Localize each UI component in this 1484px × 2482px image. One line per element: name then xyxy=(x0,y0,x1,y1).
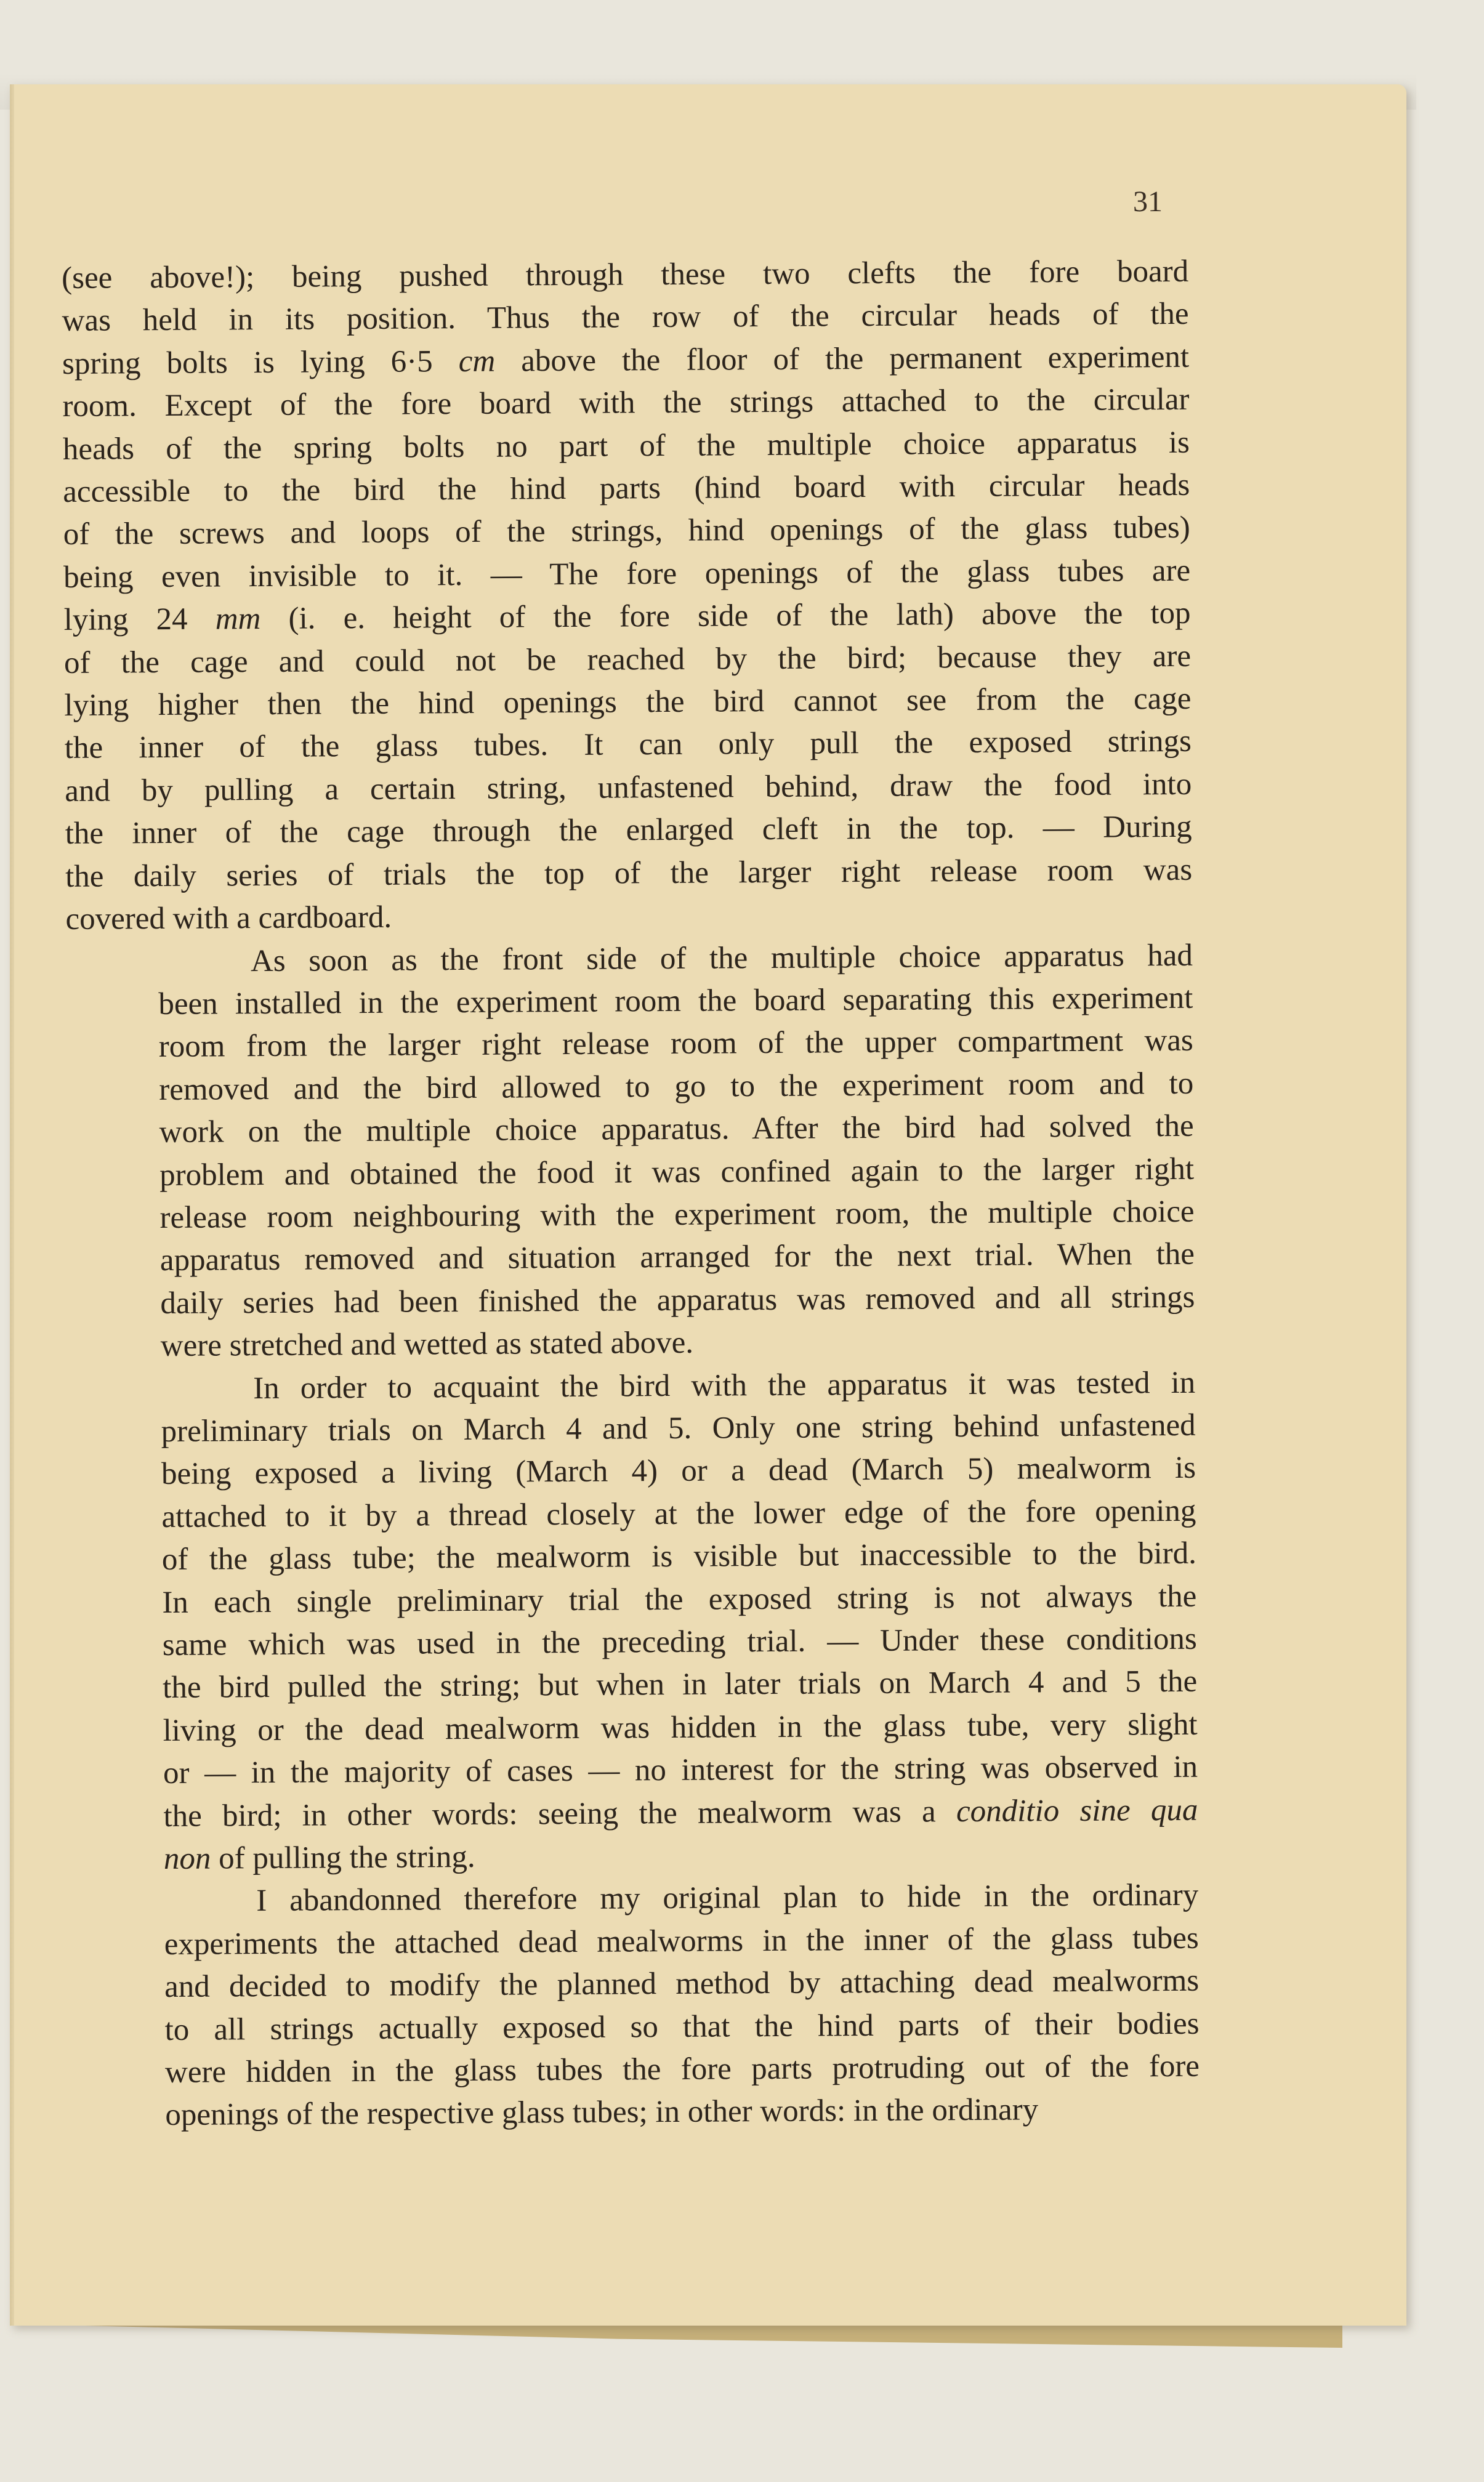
paragraph: As soon as the front side of the multipl… xyxy=(66,934,1195,1368)
paragraph: In order to acquaint the bird with the a… xyxy=(68,1361,1198,1881)
text-line: daily series had been finished the appar… xyxy=(68,1276,1195,1326)
text-line: were stretched and wetted as stated abov… xyxy=(68,1319,1195,1369)
text-line: covered with a cardboard. xyxy=(65,892,1192,941)
text-line: to all strings actually exposed so that … xyxy=(72,2002,1199,2052)
text-line: room. Except of the fore board with the … xyxy=(62,379,1189,429)
text-line: In each single preliminary trial the exp… xyxy=(70,1575,1196,1625)
text-line: work on the multiple choice apparatus. A… xyxy=(67,1105,1193,1155)
text-line: room from the larger right release room … xyxy=(67,1020,1193,1070)
text-line: In order to acquaint the bird with the a… xyxy=(68,1361,1195,1411)
text-line: of the screws and loops of the strings, … xyxy=(63,507,1190,557)
italic-term: mm xyxy=(216,602,261,636)
text-line: removed and the bird allowed to go to th… xyxy=(67,1063,1193,1113)
page-number: 31 xyxy=(1133,185,1163,219)
text-line: of the glass tube; the mealworm is visib… xyxy=(70,1533,1196,1582)
text-line: I abandonned therefore my original plan … xyxy=(71,1874,1198,1924)
text-line: being even invisible to it. — The fore o… xyxy=(63,550,1190,600)
text-line: (see above!); being pushed through these… xyxy=(62,251,1188,300)
text-line: experiments the attached dead mealworms … xyxy=(72,1917,1199,1967)
text-line: of the cage and could not be reached by … xyxy=(64,635,1191,685)
text-line: were hidden in the glass tubes the fore … xyxy=(73,2045,1200,2095)
page-spine xyxy=(10,84,14,2326)
text-line: lying higher then the hind openings the … xyxy=(64,678,1191,728)
text-line: the daily series of trials the top of th… xyxy=(65,848,1192,898)
text-line: being exposed a living (March 4) or a de… xyxy=(69,1447,1196,1497)
text-line: preliminary trials on March 4 and 5. Onl… xyxy=(68,1404,1195,1454)
text-line: non of pulling the string. xyxy=(71,1832,1198,1882)
text-line: As soon as the front side of the multipl… xyxy=(66,934,1193,984)
text-line: the bird; in other words: seeing the mea… xyxy=(71,1789,1198,1839)
text-line: been installed in the experiment room th… xyxy=(66,977,1193,1027)
italic-term: non xyxy=(164,1842,211,1876)
text-line: spring bolts is lying 6·5 cm above the f… xyxy=(62,336,1189,386)
text-line: release room neighbouring with the exper… xyxy=(67,1191,1194,1241)
italic-term: conditio sine qua xyxy=(956,1792,1198,1828)
text-line: and by pulling a certain string, unfaste… xyxy=(65,764,1192,813)
body-text: (see above!); being pushed through these… xyxy=(62,251,1200,2138)
text-line: the inner of the cage through the enlarg… xyxy=(65,806,1192,856)
text-line: the bird pulled the string; but when in … xyxy=(70,1661,1197,1710)
text-line: openings of the respective glass tubes; … xyxy=(73,2088,1200,2138)
text-line: living or the dead mealworm was hidden i… xyxy=(70,1704,1197,1754)
text-line: heads of the spring bolts no part of the… xyxy=(63,421,1190,471)
paragraph: (see above!); being pushed through these… xyxy=(62,251,1193,941)
text-line: the inner of the glass tubes. It can onl… xyxy=(65,720,1192,770)
paragraph: I abandonned therefore my original plan … xyxy=(71,1874,1200,2138)
text-line: apparatus removed and situation arranged… xyxy=(68,1233,1195,1283)
text-line: and decided to modify the planned method… xyxy=(72,1960,1199,2010)
text-line: accessible to the bird the hind parts (h… xyxy=(63,464,1190,514)
text-line: problem and obtained the food it was con… xyxy=(67,1148,1194,1198)
text-line: attached to it by a thread closely at th… xyxy=(69,1490,1196,1540)
text-line: was held in its position. Thus the row o… xyxy=(62,293,1188,343)
italic-term: cm xyxy=(459,344,496,379)
text-line: lying 24 mm (i. e. height of the fore si… xyxy=(63,592,1190,642)
text-line: same which was used in the preceding tri… xyxy=(70,1618,1197,1668)
text-line: or — in the majority of cases — no inter… xyxy=(71,1746,1198,1796)
